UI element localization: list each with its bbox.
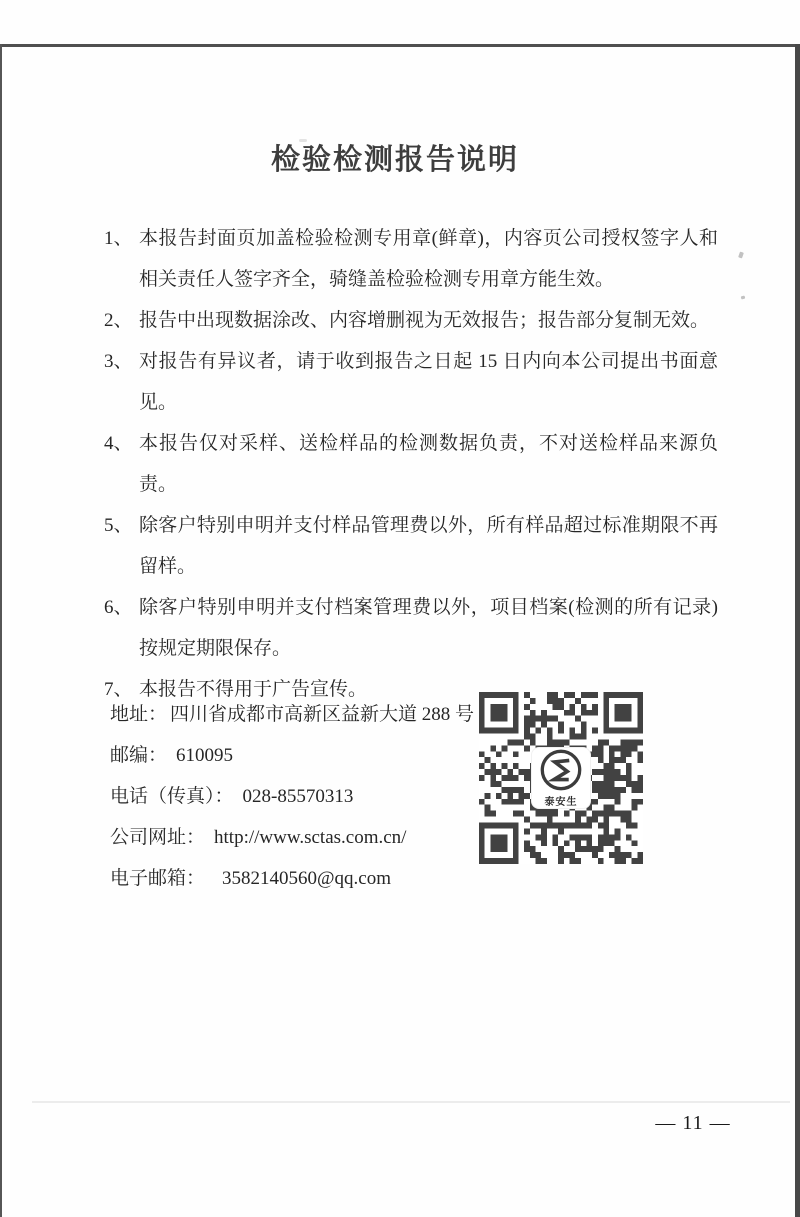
contact-row-address: 地址：四川省成都市高新区益新大道 288 号	[110, 694, 474, 735]
contact-label: 公司网址：	[110, 827, 205, 848]
note-number: 2、	[104, 300, 139, 341]
contact-value: 610095	[176, 745, 233, 766]
scan-speck	[738, 251, 744, 258]
footer-divider	[32, 1101, 790, 1103]
note-text: 除客户特别申明并支付档案管理费以外，项目档案(检测的所有记录)按规定期限保存。	[139, 587, 718, 669]
scan-smudge	[299, 139, 307, 142]
contact-value: http://www.sctas.com.cn/	[214, 827, 406, 848]
note-item: 4、 本报告仅对采样、送检样品的检测数据负责，不对送检样品来源负责。	[104, 423, 718, 505]
note-number: 4、	[104, 423, 139, 505]
note-item: 6、 除客户特别申明并支付档案管理费以外，项目档案(检测的所有记录)按规定期限保…	[104, 587, 718, 669]
note-number: 6、	[104, 587, 139, 669]
note-item: 3、 对报告有异议者，请于收到报告之日起 15 日内向本公司提出书面意见。	[104, 341, 718, 423]
contact-row-email: 电子邮箱：3582140560@qq.com	[110, 858, 474, 899]
contact-value: 3582140560@qq.com	[222, 868, 391, 889]
contact-label: 电子邮箱：	[110, 868, 205, 889]
note-number: 1、	[104, 218, 139, 300]
page-title: 检验检测报告说明	[0, 137, 790, 178]
note-text: 除客户特别申明并支付样品管理费以外，所有样品超过标准期限不再留样。	[139, 505, 718, 587]
qr-logo-badge: 泰安生	[532, 748, 590, 808]
scanned-report-page: 检验检测报告说明 1、 本报告封面页加盖检验检测专用章(鲜章)，内容页公司授权签…	[0, 0, 800, 1217]
contact-row-phone: 电话（传真）：028-85570313	[110, 776, 474, 817]
report-notes-list: 1、 本报告封面页加盖检验检测专用章(鲜章)，内容页公司授权签字人和相关责任人签…	[104, 218, 718, 710]
contact-label: 地址：	[110, 704, 167, 725]
qr-logo-label: 泰安生	[545, 793, 578, 808]
note-text: 本报告仅对采样、送检样品的检测数据负责，不对送检样品来源负责。	[139, 423, 718, 505]
note-text: 报告中出现数据涂改、内容增删视为无效报告；报告部分复制无效。	[139, 300, 718, 341]
contact-row-postcode: 邮编：610095	[110, 735, 474, 776]
contact-label: 电话（传真）：	[110, 786, 234, 807]
page-number: — 11 —	[628, 1112, 758, 1135]
scan-edge-left	[0, 44, 2, 1217]
note-item: 5、 除客户特别申明并支付样品管理费以外，所有样品超过标准期限不再留样。	[104, 505, 718, 587]
note-item: 1、 本报告封面页加盖检验检测专用章(鲜章)，内容页公司授权签字人和相关责任人签…	[104, 218, 718, 300]
note-text: 对报告有异议者，请于收到报告之日起 15 日内向本公司提出书面意见。	[139, 341, 718, 423]
qr-code: 泰安生	[479, 692, 643, 864]
note-number: 5、	[104, 505, 139, 587]
taiansheng-logo-icon	[479, 748, 643, 792]
contact-row-website: 公司网址：http://www.sctas.com.cn/	[110, 817, 474, 858]
note-number: 3、	[104, 341, 139, 423]
scan-edge-top	[2, 44, 800, 47]
note-item: 2、 报告中出现数据涂改、内容增删视为无效报告；报告部分复制无效。	[104, 300, 718, 341]
note-text: 本报告封面页加盖检验检测专用章(鲜章)，内容页公司授权签字人和相关责任人签字齐全…	[139, 218, 718, 300]
contact-block: 地址：四川省成都市高新区益新大道 288 号 邮编：610095 电话（传真）：…	[110, 694, 474, 899]
scan-edge-right	[795, 44, 800, 1217]
scan-speck	[741, 296, 746, 300]
contact-value: 四川省成都市高新区益新大道 288 号	[170, 704, 474, 725]
contact-value: 028-85570313	[243, 786, 354, 807]
contact-label: 邮编：	[110, 745, 167, 766]
